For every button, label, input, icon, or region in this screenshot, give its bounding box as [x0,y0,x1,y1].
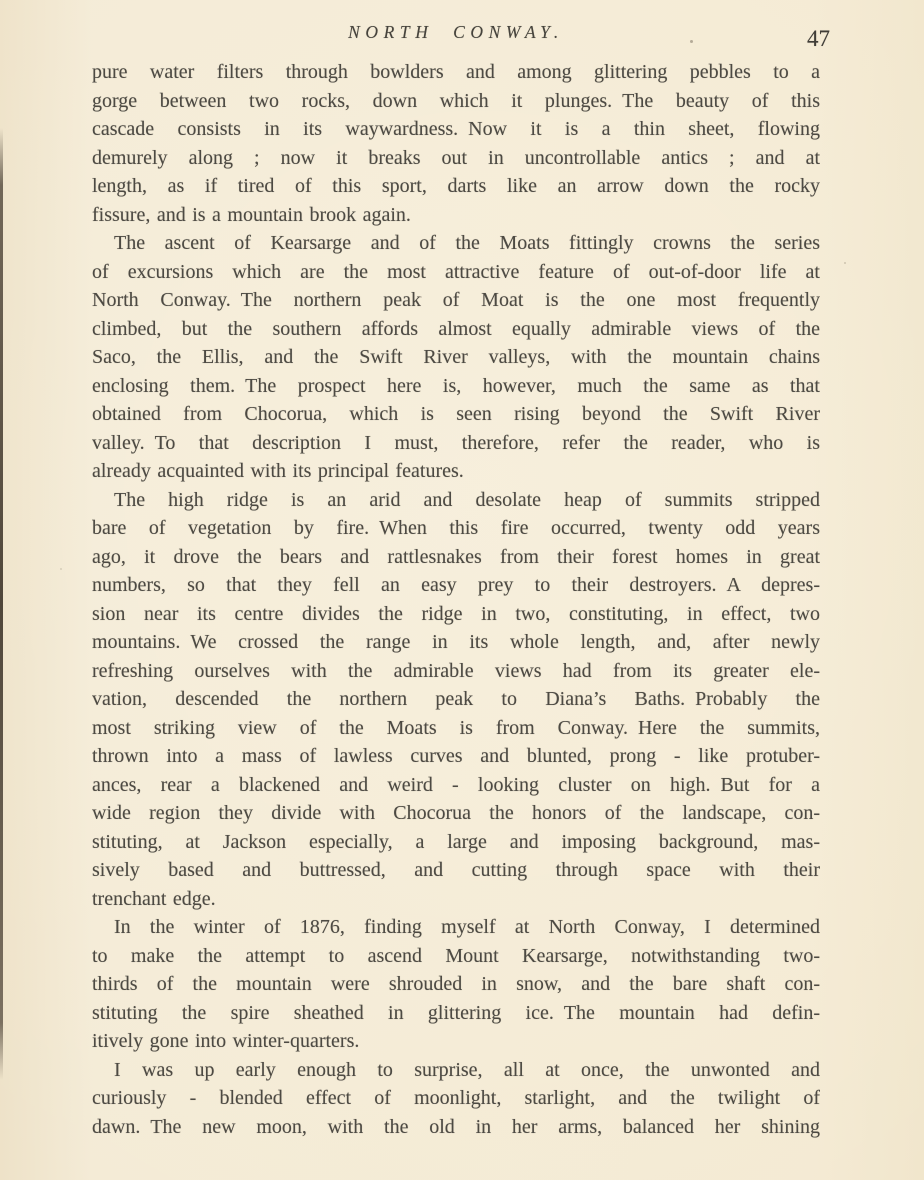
text-line: valley. To that description I must, ther… [92,429,820,458]
text-line: I was up early enough to surprise, all a… [92,1056,820,1085]
text-line: thrown into a mass of lawless curves and… [92,742,820,771]
text-line: thirds of the mountain were shrouded in … [92,970,820,999]
text-line: demurely along ; now it breaks out in un… [92,144,820,173]
text-line: ago, it drove the bears and rattlesnakes… [92,543,820,572]
text-line: obtained from Chocorua, which is seen ri… [92,400,820,429]
text-line: North Conway. The northern peak of Moat … [92,286,820,315]
paper-speck [844,262,846,264]
text-line: cascade consists in its waywardness. Now… [92,115,820,144]
text-line: trenchant edge. [92,885,820,914]
text-line: dawn. The new moon, with the old in her … [92,1113,820,1142]
text-line: wide region they divide with Chocorua th… [92,799,820,828]
text-line: vation, descended the northern peak to D… [92,685,820,714]
text-line: length, as if tired of this sport, darts… [92,172,820,201]
text-line: ances, rear a blackened and weird - look… [92,771,820,800]
text-line: mountains. We crossed the range in its w… [92,628,820,657]
text-line: The ascent of Kearsarge and of the Moats… [92,229,820,258]
text-line: most striking view of the Moats is from … [92,714,820,743]
paper-speck [60,568,62,570]
scan-edge-shadow [0,128,3,1080]
text-line: of excursions which are the most attract… [92,258,820,287]
text-line: sion near its centre divides the ridge i… [92,600,820,629]
text-line: climbed, but the southern affords almost… [92,315,820,344]
text-line: In the winter of 1876, finding myself at… [92,913,820,942]
text-line: sively based and buttressed, and cutting… [92,856,820,885]
text-line: to make the attempt to ascend Mount Kear… [92,942,820,971]
text-line: refreshing ourselves with the admirable … [92,657,820,686]
text-block: pure water filters through bowlders and … [92,58,820,1141]
text-line: stituting the spire sheathed in glitteri… [92,999,820,1028]
page-number: 47 [807,26,830,52]
text-line: Saco, the Ellis, and the Swift River val… [92,343,820,372]
text-line: already acquainted with its principal fe… [92,457,820,486]
text-line: numbers, so that they fell an easy prey … [92,571,820,600]
text-line: fissure, and is a mountain brook again. [92,201,820,230]
text-line: bare of vegetation by fire. When this fi… [92,514,820,543]
text-line: enclosing them. The prospect here is, ho… [92,372,820,401]
running-title: NORTH CONWAY. [92,22,820,43]
text-line: pure water filters through bowlders and … [92,58,820,87]
page-header: NORTH CONWAY. 47 [0,0,924,60]
text-line: gorge between two rocks, down which it p… [92,87,820,116]
text-line: itively gone into winter-quarters. [92,1027,820,1056]
text-line: curiously - blended effect of moonlight,… [92,1084,820,1113]
text-line: stituting, at Jackson especially, a larg… [92,828,820,857]
text-line: The high ridge is an arid and desolate h… [92,486,820,515]
